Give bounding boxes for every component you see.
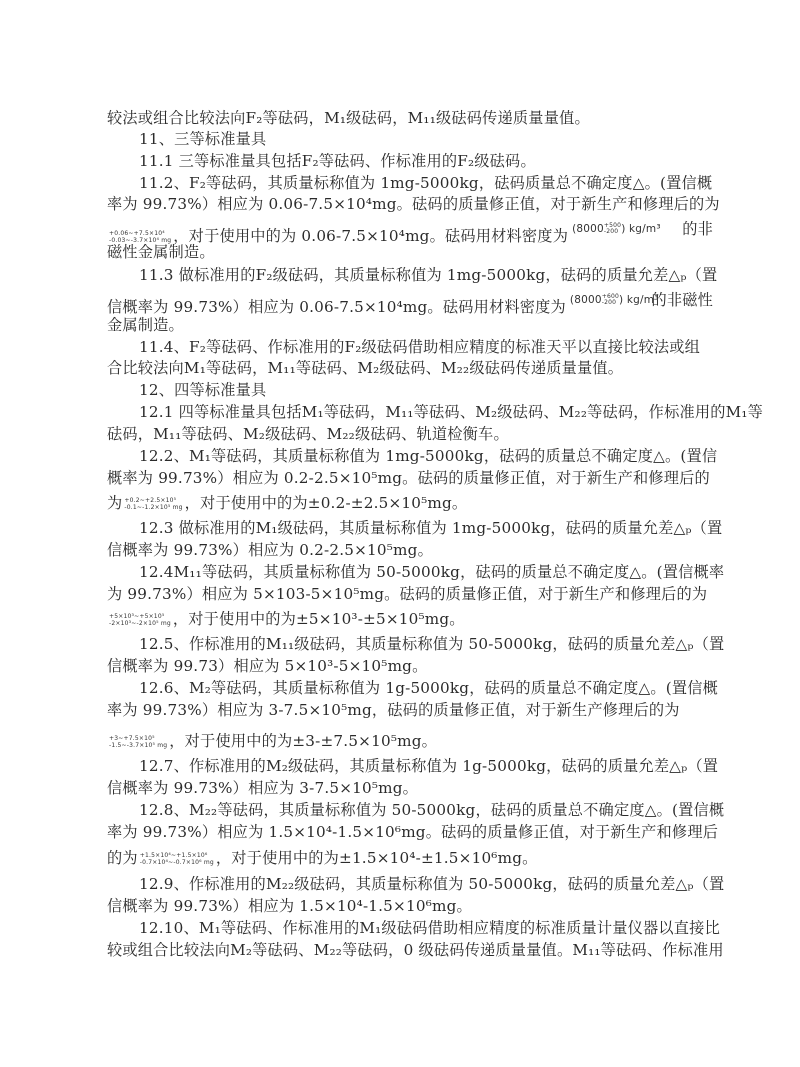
paragraph-12-5-line2: 信概率为 99.73）相应为 5×10³-5×10⁵mg。 <box>107 655 713 677</box>
paragraph-12-4-formula-line: +5×10³~+5×10⁵ -2×10³~-2×10⁵ mg ，对于使用中的为±… <box>107 608 713 630</box>
paragraph-12-10-line2: 较或组合比较法向M₂等砝码、M₂₂等砝码，0 级砝码传递质量量值。M₁₁等砝码、… <box>107 939 713 961</box>
correction-formula: +5×10³~+5×10⁵ -2×10³~-2×10⁵ mg <box>109 613 171 627</box>
paragraph-12-8-formula-line: 的为 +1.5×10⁴~+1.5×10⁶ -0.7×10⁴~-0.7×10⁶ m… <box>107 847 713 869</box>
paragraph-11-2-formula-line: +0.06~+7.5×10⁴ -0.03~-3.7×10⁴ mg ，对于使用中的… <box>107 218 713 240</box>
paragraph-11-2: 11.2、F₂等砝码，其质量标称值为 1mg-5000kg，砝码质量总不确定度△… <box>139 172 713 194</box>
paragraph-12-10: 12.10、M₁等砝码、作标准用的M₁级砝码借助相应精度的标准质量计量仪器以直接… <box>139 917 713 939</box>
correction-formula: +0.2~+2.5×10⁵ -0.1~-1.2×10⁵ mg <box>124 497 182 511</box>
paragraph-11-3-density-line: 信概率为 99.73%）相应为 0.06-7.5×10⁴mg。砝码用材料密度为(… <box>107 289 713 311</box>
paragraph-12-9: 12.9、作标准用的M₂₂级砝码，其质量标称值为 50-5000kg，砝码的质量… <box>139 873 713 895</box>
paragraph-12-4: 12.4M₁₁等砝码，其质量标称值为 50-5000kg，砝码的质量总不确定度△… <box>139 561 713 583</box>
density-formula: (8000+600-200) kg/m³ <box>570 289 659 311</box>
document-page: 较法或组合比较法向F₂等砝码，M₁级砝码，M₁₁级砝码传递质量量值。 11、三等… <box>0 0 800 1067</box>
paragraph-12-2-line2: 概率为 99.73%）相应为 0.2-2.5×10⁵mg。砝码的质量修正值，对于… <box>107 467 713 489</box>
paragraph-12-7-line2: 信概率为 99.73%）相应为 3-7.5×10⁵mg。 <box>107 777 713 799</box>
paragraph-11-3: 11.3 做标准用的F₂级砝码，其质量标称值为 1mg-5000kg，砝码的质量… <box>139 264 713 286</box>
section-heading-12: 12、四等标准量具 <box>139 379 713 401</box>
correction-formula: +1.5×10⁴~+1.5×10⁶ -0.7×10⁴~-0.7×10⁶ mg <box>140 852 214 866</box>
paragraph-12-7: 12.7、作标准用的M₂级砝码，其质量标称值为 1g-5000kg，砝码的质量允… <box>139 755 713 777</box>
section-heading-11: 11、三等标准量具 <box>139 128 713 150</box>
paragraph-12-8-line2: 率为 99.73%）相应为 1.5×10⁴-1.5×10⁶mg。砝码的质量修正值… <box>107 821 713 843</box>
paragraph-12-8: 12.8、M₂₂等砝码，其质量标称值为 50-5000kg，砝码的质量总不确定度… <box>139 799 713 821</box>
paragraph-11-3-end: 金属制造。 <box>107 314 713 336</box>
paragraph-11-4-line2: 合比较法向M₁等砝码，M₁₁等砝码、M₂级砝码、M₂₂级砝码传递质量量值。 <box>107 357 713 379</box>
paragraph-11-2-end: 磁性金属制造。 <box>107 241 713 263</box>
paragraph-12-6-formula-line: +3~+7.5×10⁵ -1.5~-3.7×10⁵ mg ，对于使用中的为±3-… <box>107 730 713 752</box>
paragraph-11-4: 11.4、F₂等砝码、作标准用的F₂级砝码借助相应精度的标准天平以直接比较法或组 <box>139 336 713 358</box>
correction-formula: +3~+7.5×10⁵ -1.5~-3.7×10⁵ mg <box>109 735 167 749</box>
paragraph-12-2-formula-line: 为 +0.2~+2.5×10⁵ -0.1~-1.2×10⁵ mg ，对于使用中的… <box>107 492 713 514</box>
paragraph-12-3: 12.3 做标准用的M₁级砝码，其质量标称值为 1mg-5000kg，砝码的质量… <box>139 517 713 539</box>
paragraph-12-4-line2: 为 99.73%）相应为 5×103-5×10⁵mg。砝码的质量修正值，对于新生… <box>107 583 713 605</box>
paragraph-12-2: 12.2、M₁等砝码，其质量标称值为 1mg-5000kg，砝码的质量总不确定度… <box>139 445 713 467</box>
density-formula: (8000+500-200) kg/m³ <box>572 218 661 240</box>
paragraph-12-6: 12.6、M₂等砝码，其质量标称值为 1g-5000kg，砝码的质量总不确定度△… <box>139 677 713 699</box>
paragraph-12-1: 12.1 四等标准量具包括M₁等砝码，M₁₁等砝码、M₂级砝码、M₂₂等砝码，作… <box>139 401 713 423</box>
paragraph-11-1: 11.1 三等标准量具包括F₂等砝码、作标准用的F₂级砝码。 <box>139 150 713 172</box>
paragraph-12-5: 12.5、作标准用的M₁₁级砝码，其质量标称值为 50-5000kg，砝码的质量… <box>139 633 713 655</box>
paragraph-11-2-line2: 率为 99.73%）相应为 0.06-7.5×10⁴mg。砝码的质量修正值，对于… <box>107 193 713 215</box>
paragraph-12-1-line2: 砝码，M₁₁等砝码、M₂级砝码、M₂₂级砝码、轨道检衡车。 <box>107 423 713 445</box>
paragraph-12-3-line2: 信概率为 99.73%）相应为 0.2-2.5×10⁵mg。 <box>107 539 713 561</box>
paragraph-12-6-line2: 率为 99.73%）相应为 3-7.5×10⁵mg，砝码的质量修正值，对于新生产… <box>107 699 713 721</box>
paragraph-12-9-line2: 信概率为 99.73%）相应为 1.5×10⁴-1.5×10⁶mg。 <box>107 895 713 917</box>
paragraph-continuation: 较法或组合比较法向F₂等砝码，M₁级砝码，M₁₁级砝码传递质量量值。 <box>107 107 713 129</box>
